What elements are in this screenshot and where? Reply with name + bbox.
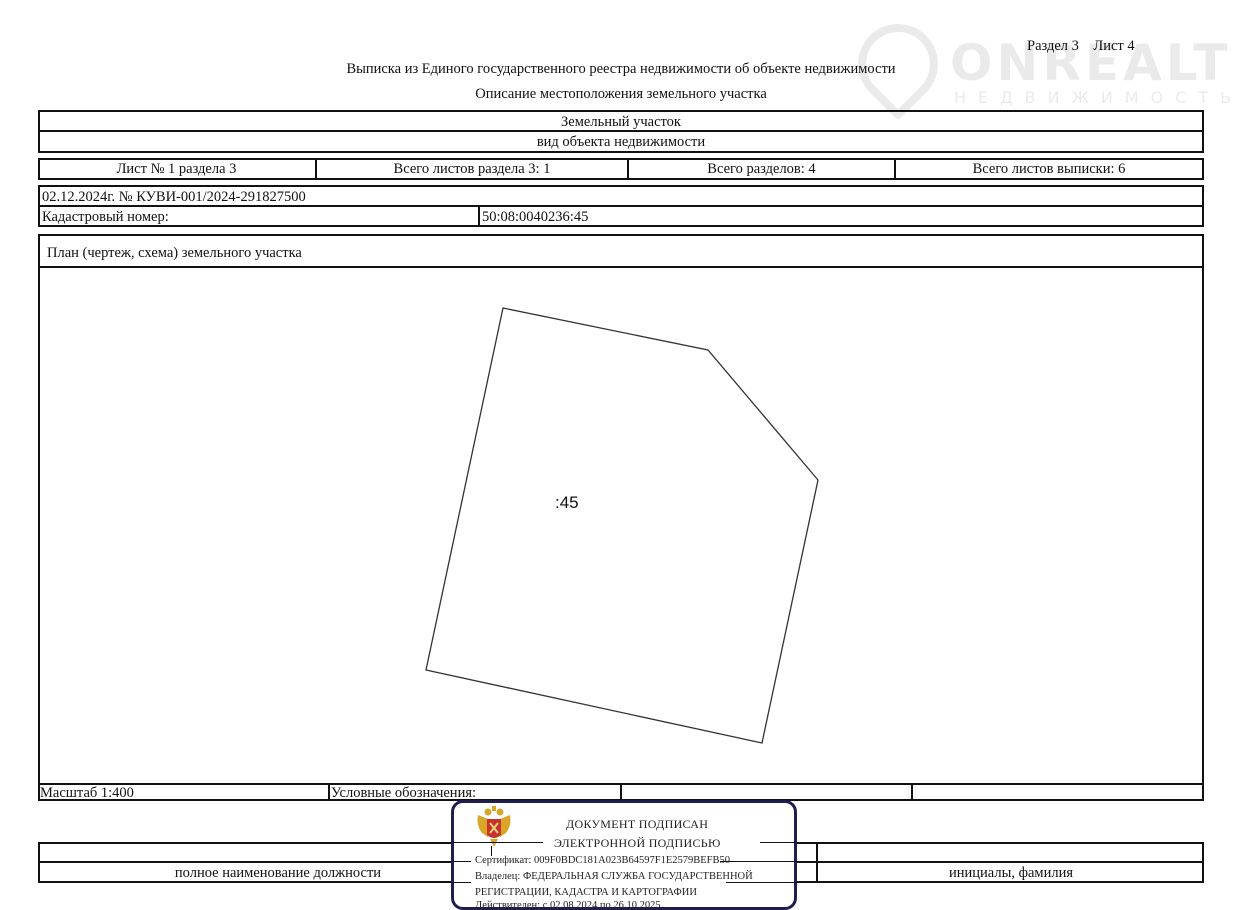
cadastral-number: 50:08:0040236:45 <box>482 208 588 226</box>
divider <box>453 861 471 862</box>
scale-label: Масштаб 1:400 <box>40 784 134 802</box>
stamp-validity: Действителен: с 02.08.2024 по 26.10.2025 <box>475 900 661 910</box>
legend-label: Условные обозначения: <box>331 784 476 802</box>
total-sheets: Всего листов выписки: 6 <box>896 160 1202 178</box>
parcel-plan-drawing: :45 <box>40 268 1202 783</box>
parcel-boundary <box>426 308 818 743</box>
divider <box>720 861 796 862</box>
document-subtitle: Описание местоположения земельного участ… <box>0 85 1242 103</box>
divider <box>760 842 796 843</box>
stamp-certificate: Сертификат: 009F0BDC181A023B64597F1E2579… <box>475 855 730 867</box>
record-date-number: 02.12.2024г. № КУВИ-001/2024-291827500 <box>42 188 306 206</box>
object-type: Земельный участок <box>38 113 1204 131</box>
divider <box>453 842 543 843</box>
divider <box>726 882 796 883</box>
divider <box>478 205 480 227</box>
object-type-caption: вид объекта недвижимости <box>38 133 1204 151</box>
stamp-line-2: ЭЛЕКТРОННОЙ ПОДПИСЬЮ <box>554 837 721 849</box>
stamp-owner-line-2: РЕГИСТРАЦИИ, КАДАСТРА И КАРТОГРАФИИ <box>475 887 697 899</box>
divider <box>491 846 492 856</box>
divider <box>453 882 471 883</box>
document-title: Выписка из Единого государственного реес… <box>0 60 1242 78</box>
divider <box>328 783 330 801</box>
position-caption: полное наименование должности <box>38 864 518 882</box>
electronic-signature-stamp: ДОКУМЕНТ ПОДПИСАН ЭЛЕКТРОННОЙ ПОДПИСЬЮ С… <box>451 800 797 910</box>
plan-title: План (чертеж, схема) земельного участка <box>47 244 302 262</box>
cadastral-label: Кадастровый номер: <box>42 208 169 226</box>
section-sheets-count: Всего листов раздела 3: 1 <box>317 160 627 178</box>
total-sections: Всего разделов: 4 <box>629 160 894 178</box>
divider <box>911 783 913 801</box>
stamp-line-1: ДОКУМЕНТ ПОДПИСАН <box>566 818 708 830</box>
divider <box>620 783 622 801</box>
section-sheet-label: Раздел 3 Лист 4 <box>1027 37 1135 55</box>
sheet-number: Лист № 1 раздела 3 <box>38 160 315 178</box>
name-caption: инициалы, фамилия <box>818 864 1204 882</box>
parcel-label: :45 <box>555 493 579 512</box>
stamp-owner-line-1: Владелец: ФЕДЕРАЛЬНАЯ СЛУЖБА ГОСУДАРСТВЕ… <box>475 871 753 883</box>
